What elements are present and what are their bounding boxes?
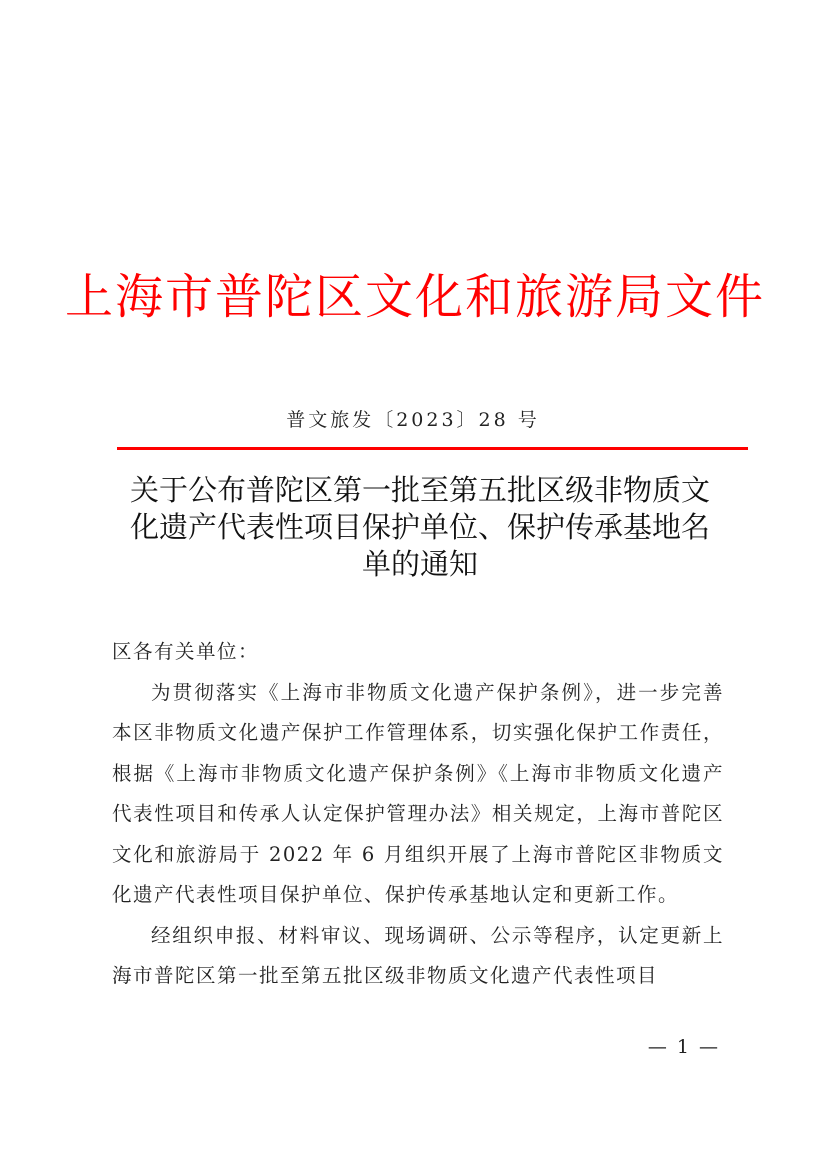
title-line: 化遗产代表性项目保护单位、保护传承基地名 — [100, 509, 740, 546]
masthead-title: 上海市普陀区文化和旅游局文件 — [40, 262, 790, 332]
body-paragraph: 为贯彻落实《上海市非物质文化遗产保护条例》，进一步完善本区非物质文化遗产保护工作… — [112, 673, 724, 916]
document-number: 普文旅发〔2023〕28 号 — [0, 405, 826, 432]
red-divider-line — [117, 447, 748, 450]
title-line: 关于公布普陀区第一批至第五批区级非物质文 — [100, 472, 740, 509]
notice-title: 关于公布普陀区第一批至第五批区级非物质文 化遗产代表性项目保护单位、保护传承基地… — [100, 472, 740, 583]
body-paragraph: 经组织申报、材料审议、现场调研、公示等程序，认定更新上海市普陀区第一批至第五批区… — [112, 916, 724, 997]
notice-body: 区各有关单位： 为贯彻落实《上海市非物质文化遗产保护条例》，进一步完善本区非物质… — [112, 632, 724, 997]
document-page: 上海市普陀区文化和旅游局文件 普文旅发〔2023〕28 号 关于公布普陀区第一批… — [0, 0, 826, 1169]
page-number: — 1 — — [620, 1036, 720, 1058]
salutation: 区各有关单位： — [112, 632, 724, 673]
title-line: 单的通知 — [100, 546, 740, 583]
